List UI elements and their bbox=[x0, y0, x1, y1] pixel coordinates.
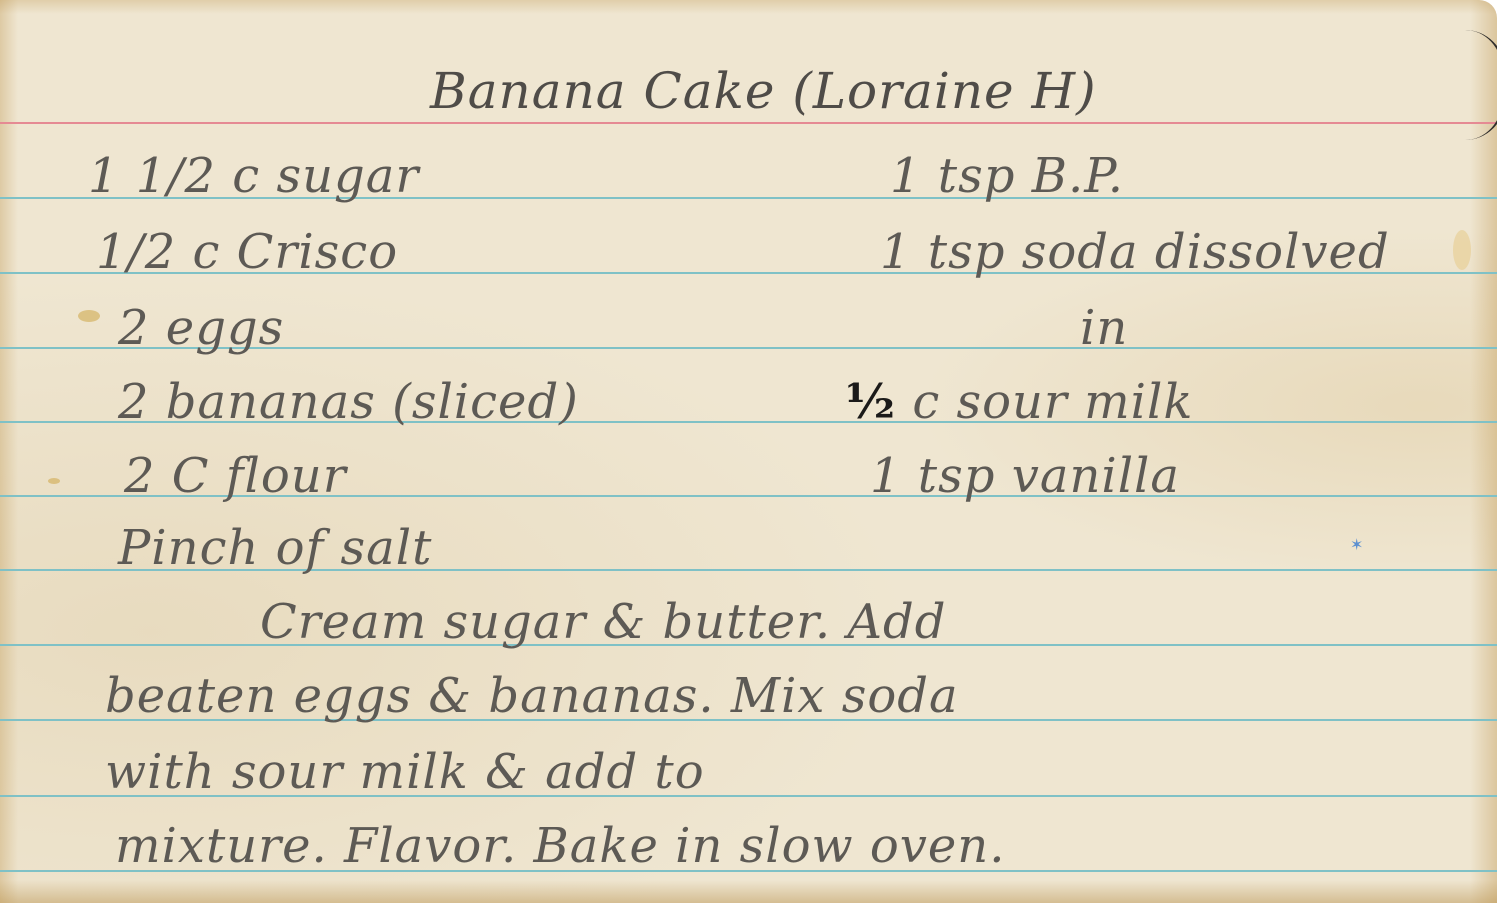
direction-line: beaten eggs & bananas. Mix soda bbox=[105, 668, 959, 724]
stain-mark bbox=[78, 310, 100, 322]
closing-paren-mark bbox=[1462, 30, 1497, 140]
ingredient-eggs: 2 eggs bbox=[118, 300, 284, 356]
ingredient-crisco: 1/2 c Crisco bbox=[96, 224, 398, 280]
ingredient-baking-powder: 1 tsp B.P. bbox=[890, 148, 1124, 204]
stain-mark bbox=[48, 478, 60, 484]
recipe-card: ✶ Banana Cake (Loraine H) 1 1/2 c sugar … bbox=[0, 0, 1497, 903]
ingredient-salt: Pinch of salt bbox=[118, 520, 432, 576]
direction-line: mixture. Flavor. Bake in slow oven. bbox=[115, 818, 1005, 874]
red-header-rule bbox=[0, 122, 1497, 124]
ingredient-bananas: 2 bananas (sliced) bbox=[118, 374, 579, 430]
ingredient-in: in bbox=[1080, 300, 1128, 356]
recipe-title: Banana Cake (Loraine H) bbox=[430, 62, 1097, 120]
direction-line: with sour milk & add to bbox=[105, 744, 705, 800]
ingredient-flour: 2 C flour bbox=[124, 448, 347, 504]
fraction-half: ½ bbox=[845, 374, 896, 430]
direction-line: Cream sugar & butter. Add bbox=[260, 594, 946, 650]
ingredient-sugar: 1 1/2 c sugar bbox=[88, 148, 419, 204]
ingredient-soda: 1 tsp soda dissolved bbox=[880, 224, 1390, 280]
ingredient-sour-milk: ½ c sour milk bbox=[845, 374, 1193, 430]
ingredient-vanilla: 1 tsp vanilla bbox=[870, 448, 1180, 504]
sour-milk-text: c sour milk bbox=[912, 374, 1193, 430]
ink-speck: ✶ bbox=[1350, 535, 1363, 554]
stain-mark bbox=[1453, 230, 1471, 270]
